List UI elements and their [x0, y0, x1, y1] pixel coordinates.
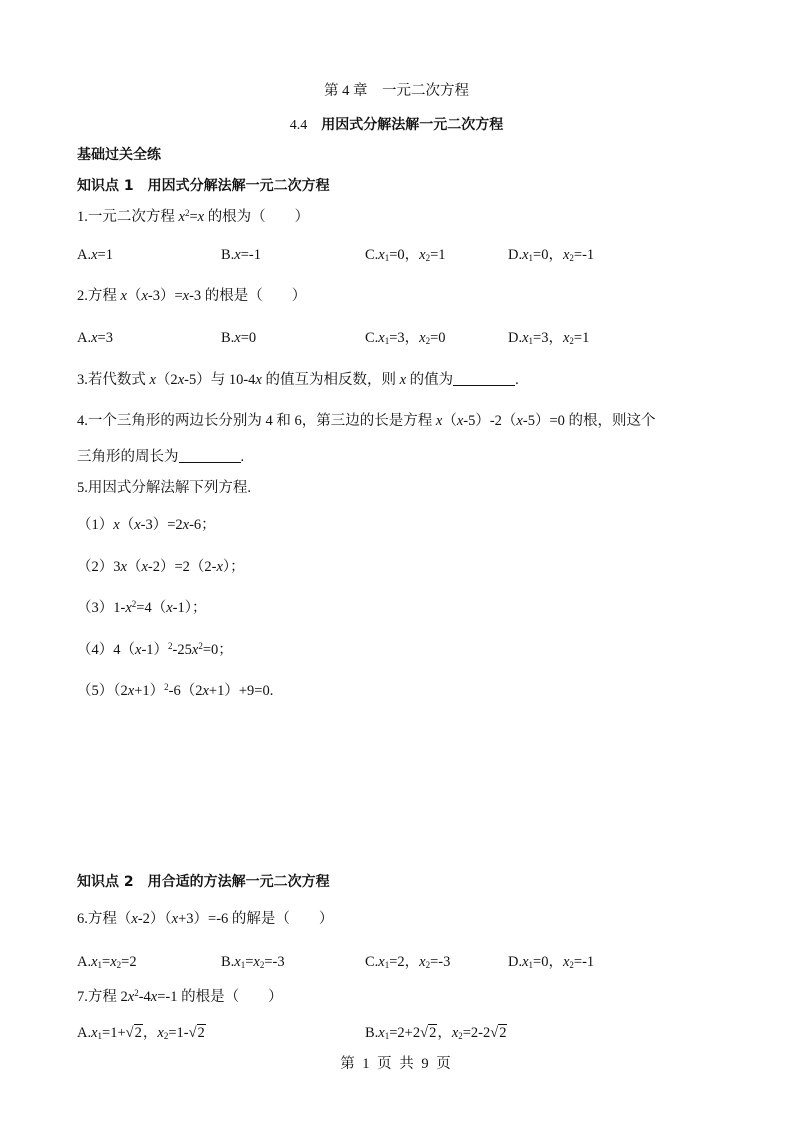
question-6-choices: A.x1=x2=2 B.x1=x2=-3 C.x1=2，x2=-3 D.x1=0…: [77, 953, 737, 971]
question-1-choices: A.x=1 B.x=-1 C.x1=0，x2=1 D.x1=0，x2=-1: [77, 246, 737, 264]
question-4-stem-line2: 三角形的周长为.: [77, 448, 244, 466]
sqrt-symbol: √2: [126, 1024, 143, 1042]
choice-b[interactable]: B.x1=x2=-3: [221, 953, 285, 971]
choice-b[interactable]: B.x=0: [221, 329, 256, 347]
document-page: 第 4 章 一元二次方程 4.4 用因式分解法解一元二次方程 基础过关全练 知识…: [0, 0, 793, 1122]
choice-b[interactable]: B.x1=2+2√2，x2=2-2√2: [365, 1024, 507, 1042]
question-5-item-3: （3）1-x2=4（x-1）；: [77, 599, 207, 617]
question-1-stem: 1.一元二次方程 x2=x 的根为（ ）: [77, 208, 309, 226]
section-heading: 基础过关全练: [77, 146, 161, 164]
section-title: 4.4 用因式分解法解一元二次方程: [0, 116, 793, 135]
sqrt-symbol: √2: [490, 1024, 507, 1042]
sqrt-symbol: √2: [420, 1024, 437, 1042]
choice-a[interactable]: A.x=1: [77, 246, 113, 264]
answer-blank[interactable]: [179, 448, 241, 463]
question-7-stem: 7.方程 2x2-4x=-1 的根是（ ）: [77, 988, 283, 1006]
question-2-choices: A.x=3 B.x=0 C.x1=3，x2=0 D.x1=3，x2=1: [77, 329, 737, 347]
choice-c[interactable]: C.x1=3，x2=0: [365, 329, 446, 347]
choice-c[interactable]: C.x1=2，x2=-3: [365, 953, 450, 971]
question-5-item-4: （4）4（x-1）2-25x2=0；: [77, 641, 233, 659]
question-5-item-2: （2）3x（x-2）=2（2-x）；: [77, 558, 245, 576]
question-4-stem-line1: 4.一个三角形的两边长分别为 4 和 6，第三边的长是方程 x（x-5）-2（x…: [77, 412, 656, 430]
knowledge-point-1-heading: 知识点 1 用因式分解法解一元二次方程: [77, 177, 330, 195]
choice-b[interactable]: B.x=-1: [221, 246, 261, 264]
chapter-title: 第 4 章 一元二次方程: [0, 82, 793, 100]
choice-d[interactable]: D.x1=3，x2=1: [508, 329, 589, 347]
question-7-choices: A.x1=1+√2，x2=1-√2 B.x1=2+2√2，x2=2-2√2: [77, 1024, 737, 1042]
choice-a[interactable]: A.x1=1+√2，x2=1-√2: [77, 1024, 206, 1042]
question-2-stem: 2.方程 x（x-3）=x-3 的根是（ ）: [77, 287, 306, 305]
knowledge-point-2-heading: 知识点 2 用合适的方法解一元二次方程: [77, 873, 330, 891]
answer-blank[interactable]: [453, 371, 515, 386]
page-footer: 第 1 页 共 9 页: [0, 1055, 793, 1073]
choice-c[interactable]: C.x1=0，x2=1: [365, 246, 446, 264]
question-5-item-1: （1）x（x-3）=2x-6；: [77, 516, 216, 534]
question-5-item-5: （5）（2x+1）2-6（2x+1）+9=0.: [77, 682, 273, 700]
sqrt-symbol: √2: [189, 1024, 206, 1042]
question-6-stem: 6.方程（x-2）（x+3）=-6 的解是（ ）: [77, 910, 333, 928]
choice-a[interactable]: A.x=3: [77, 329, 113, 347]
choice-a[interactable]: A.x1=x2=2: [77, 953, 137, 971]
question-3-stem: 3.若代数式 x（2x-5）与 10-4x 的值互为相反数，则 x 的值为.: [77, 371, 519, 389]
question-5-stem: 5.用因式分解法解下列方程.: [77, 479, 251, 497]
choice-d[interactable]: D.x1=0，x2=-1: [508, 246, 594, 264]
choice-d[interactable]: D.x1=0，x2=-1: [508, 953, 594, 971]
